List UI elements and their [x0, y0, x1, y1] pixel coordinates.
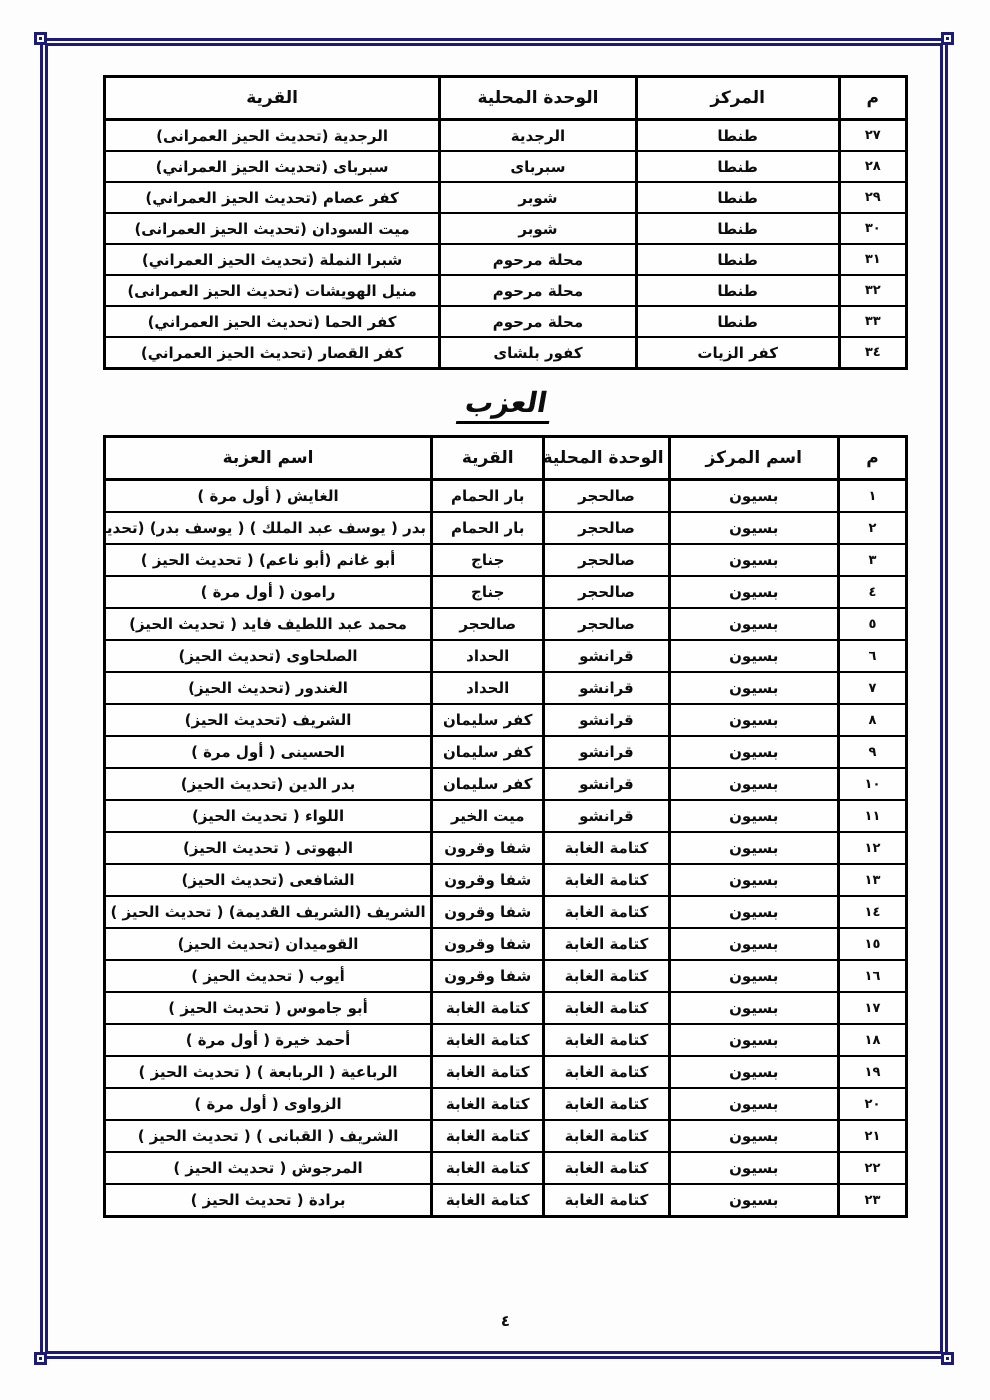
- cell-center: بسيون: [669, 1056, 838, 1088]
- cell-unit: صالحجر: [544, 480, 669, 513]
- col-header-number: م: [838, 437, 906, 480]
- cell-no: ٧: [838, 672, 906, 704]
- table-row: ٢٩طنطاشوبركفر عصام (تحديث الحيز العمراني…: [105, 182, 907, 213]
- cell-unit: كتامة الغابة: [544, 832, 669, 864]
- cell-no: ٢: [838, 512, 906, 544]
- hamlets-table-body: ١بسيونصالحجربار الحمامالغايش ( أول مرة )…: [105, 480, 907, 1217]
- cell-center: بسيون: [669, 576, 838, 608]
- table-row: ٣١طنطامحلة مرحومشبرا النملة (تحديث الحيز…: [105, 244, 907, 275]
- cell-unit: محلة مرحوم: [440, 275, 637, 306]
- cell-village: كتامة الغابة: [432, 1088, 544, 1120]
- cell-unit: محلة مرحوم: [440, 306, 637, 337]
- cell-unit: كتامة الغابة: [544, 1152, 669, 1184]
- table-row: ٧بسيونقرانشوالحدادالغندور (تحديث الحيز): [105, 672, 907, 704]
- villages-table-body: ٢٧طنطاالرجديةالرجدية (تحديث الحيز العمرا…: [105, 120, 907, 369]
- cell-center: بسيون: [669, 1088, 838, 1120]
- hamlets-table: م اسم المركز الوحدة المحلية القرية اسم ا…: [103, 435, 908, 1218]
- table-row: ٨بسيونقرانشوكفر سليمانالشريف (تحديث الحي…: [105, 704, 907, 736]
- cell-village: صالحجر: [432, 608, 544, 640]
- section-title-wrap: العزب: [103, 388, 908, 424]
- cell-village: سبرباى (تحديث الحيز العمراني): [105, 151, 440, 182]
- cell-hamlet: بدر الدين (تحديث الحيز): [105, 768, 432, 800]
- cell-hamlet: القوميدان (تحديث الحيز): [105, 928, 432, 960]
- cell-no: ١٨: [838, 1024, 906, 1056]
- cell-center: بسيون: [669, 992, 838, 1024]
- cell-hamlet: الصلحاوى (تحديث الحيز): [105, 640, 432, 672]
- cell-no: ٢٩: [839, 182, 906, 213]
- cell-unit: الرجدية: [440, 120, 637, 152]
- cell-hamlet: الحسينى ( أول مرة ): [105, 736, 432, 768]
- cell-hamlet: الشريف ( القبانى ) ( تحديث الحيز ): [105, 1120, 432, 1152]
- villages-table: م المركز الوحدة المحلية القرية ٢٧طنطاالر…: [103, 75, 908, 370]
- cell-center: بسيون: [669, 512, 838, 544]
- cell-unit: كتامة الغابة: [544, 1088, 669, 1120]
- cell-center: طنطا: [636, 213, 839, 244]
- cell-center: بسيون: [669, 800, 838, 832]
- cell-village: كتامة الغابة: [432, 1024, 544, 1056]
- cell-center: بسيون: [669, 832, 838, 864]
- border-corner-ornament: [941, 32, 954, 45]
- cell-unit: شوبر: [440, 182, 637, 213]
- cell-village: كفر سليمان: [432, 768, 544, 800]
- col-header-local-unit: الوحدة المحلية: [544, 437, 669, 480]
- cell-no: ١٧: [838, 992, 906, 1024]
- table-row: ٢٠بسيونكتامة الغابةكتامة الغابةالزواوى (…: [105, 1088, 907, 1120]
- cell-unit: صالحجر: [544, 544, 669, 576]
- cell-no: ٢٣: [838, 1184, 906, 1217]
- cell-unit: صالحجر: [544, 576, 669, 608]
- cell-no: ٩: [838, 736, 906, 768]
- cell-hamlet: الغندور (تحديث الحيز): [105, 672, 432, 704]
- cell-hamlet: أبو غانم (أبو ناعم) ( تحديث الحيز ): [105, 544, 432, 576]
- cell-no: ٢٨: [839, 151, 906, 182]
- cell-village: ميت الخير: [432, 800, 544, 832]
- cell-no: ٣٢: [839, 275, 906, 306]
- cell-unit: قرانشو: [544, 800, 669, 832]
- cell-center: بسيون: [669, 1120, 838, 1152]
- cell-no: ٢١: [838, 1120, 906, 1152]
- cell-center: بسيون: [669, 864, 838, 896]
- cell-village: كتامة الغابة: [432, 992, 544, 1024]
- cell-no: ١٠: [838, 768, 906, 800]
- cell-no: ١: [838, 480, 906, 513]
- header-row: م المركز الوحدة المحلية القرية: [105, 77, 907, 120]
- cell-no: ٤: [838, 576, 906, 608]
- cell-center: بسيون: [669, 640, 838, 672]
- cell-hamlet: أبو جاموس ( تحديث الحيز ): [105, 992, 432, 1024]
- cell-village: كفر الحما (تحديث الحيز العمراني): [105, 306, 440, 337]
- cell-no: ٢٢: [838, 1152, 906, 1184]
- cell-no: ٣٤: [839, 337, 906, 369]
- cell-village: كتامة الغابة: [432, 1056, 544, 1088]
- cell-center: بسيون: [669, 1184, 838, 1217]
- cell-hamlet: الرباعية ( الربابعة ) ( تحديث الحيز ): [105, 1056, 432, 1088]
- cell-center: بسيون: [669, 672, 838, 704]
- table-row: ٣بسيونصالحجرجناجأبو غانم (أبو ناعم) ( تح…: [105, 544, 907, 576]
- table-row: ١٤بسيونكتامة الغابةشفا وقرونالشريف (الشر…: [105, 896, 907, 928]
- cell-center: بسيون: [669, 704, 838, 736]
- cell-no: ٣١: [839, 244, 906, 275]
- border-corner-ornament: [34, 1352, 47, 1365]
- cell-village: كفر سليمان: [432, 704, 544, 736]
- cell-village: شفا وقرون: [432, 928, 544, 960]
- col-header-local-unit: الوحدة المحلية: [440, 77, 637, 120]
- col-header-village: القرية: [432, 437, 544, 480]
- cell-center: بسيون: [669, 608, 838, 640]
- cell-hamlet: الشافعى (تحديث الحيز): [105, 864, 432, 896]
- cell-village: منيل الهويشات (تحديث الحيز العمرانى): [105, 275, 440, 306]
- page-number: ٤: [103, 1312, 908, 1330]
- cell-unit: قرانشو: [544, 704, 669, 736]
- cell-center: طنطا: [636, 306, 839, 337]
- cell-no: ٦: [838, 640, 906, 672]
- table-row: ٩بسيونقرانشوكفر سليمانالحسينى ( أول مرة …: [105, 736, 907, 768]
- cell-village: بار الحمام: [432, 480, 544, 513]
- cell-unit: قرانشو: [544, 640, 669, 672]
- border-corner-ornament: [34, 32, 47, 45]
- table-row: ١بسيونصالحجربار الحمامالغايش ( أول مرة ): [105, 480, 907, 513]
- table-row: ١٢بسيونكتامة الغابةشفا وقرونالبهوتى ( تح…: [105, 832, 907, 864]
- cell-no: ١٦: [838, 960, 906, 992]
- cell-no: ٢٠: [838, 1088, 906, 1120]
- cell-unit: قرانشو: [544, 672, 669, 704]
- cell-village: شفا وقرون: [432, 896, 544, 928]
- cell-village: كفر عصام (تحديث الحيز العمراني): [105, 182, 440, 213]
- table-row: ١٣بسيونكتامة الغابةشفا وقرونالشافعى (تحد…: [105, 864, 907, 896]
- table-row: ٥بسيونصالحجرصالحجرمحمد عبد اللطيف فايد (…: [105, 608, 907, 640]
- cell-hamlet: البهوتى ( تحديث الحيز): [105, 832, 432, 864]
- cell-unit: كتامة الغابة: [544, 1056, 669, 1088]
- cell-village: كتامة الغابة: [432, 1120, 544, 1152]
- cell-no: ١٣: [838, 864, 906, 896]
- cell-village: شفا وقرون: [432, 960, 544, 992]
- cell-village: جناج: [432, 576, 544, 608]
- table-row: ٢٨طنطاسبرباىسبرباى (تحديث الحيز العمراني…: [105, 151, 907, 182]
- cell-center: بسيون: [669, 544, 838, 576]
- cell-village: الحداد: [432, 640, 544, 672]
- cell-unit: صالحجر: [544, 512, 669, 544]
- cell-no: ٨: [838, 704, 906, 736]
- table-row: ٢٣بسيونكتامة الغابةكتامة الغابةبرادة ( ت…: [105, 1184, 907, 1217]
- cell-center: بسيون: [669, 1024, 838, 1056]
- cell-village: الحداد: [432, 672, 544, 704]
- table-row: ١٠بسيونقرانشوكفر سليمانبدر الدين (تحديث …: [105, 768, 907, 800]
- cell-hamlet: رامون ( أول مرة ): [105, 576, 432, 608]
- cell-village: ميت السودان (تحديث الحيز العمرانى): [105, 213, 440, 244]
- cell-unit: قرانشو: [544, 768, 669, 800]
- table-row: ٢١بسيونكتامة الغابةكتامة الغابةالشريف ( …: [105, 1120, 907, 1152]
- cell-center: بسيون: [669, 960, 838, 992]
- cell-hamlet: الغايش ( أول مرة ): [105, 480, 432, 513]
- cell-center: بسيون: [669, 1152, 838, 1184]
- cell-center: بسيون: [669, 928, 838, 960]
- cell-village: كتامة الغابة: [432, 1152, 544, 1184]
- cell-center: بسيون: [669, 768, 838, 800]
- cell-no: ٢٧: [839, 120, 906, 152]
- cell-hamlet: برادة ( تحديث الحيز ): [105, 1184, 432, 1217]
- cell-no: ١٥: [838, 928, 906, 960]
- cell-no: ٥: [838, 608, 906, 640]
- table-row: ٢٧طنطاالرجديةالرجدية (تحديث الحيز العمرا…: [105, 120, 907, 152]
- cell-unit: كتامة الغابة: [544, 864, 669, 896]
- table-row: ١١بسيونقرانشوميت الخيراللواء ( تحديث الح…: [105, 800, 907, 832]
- table-row: ٢٢بسيونكتامة الغابةكتامة الغابةالمرجوش (…: [105, 1152, 907, 1184]
- cell-village: الرجدية (تحديث الحيز العمرانى): [105, 120, 440, 152]
- table-row: ١٥بسيونكتامة الغابةشفا وقرونالقوميدان (ت…: [105, 928, 907, 960]
- cell-center: بسيون: [669, 896, 838, 928]
- table-row: ١٦بسيونكتامة الغابةشفا وقرونأيوب ( تحديث…: [105, 960, 907, 992]
- cell-center: طنطا: [636, 151, 839, 182]
- cell-center: طنطا: [636, 120, 839, 152]
- cell-hamlet: أحمد خيرة ( أول مرة ): [105, 1024, 432, 1056]
- cell-unit: صالحجر: [544, 608, 669, 640]
- cell-unit: شوبر: [440, 213, 637, 244]
- cell-village: كفر سليمان: [432, 736, 544, 768]
- cell-center: بسيون: [669, 736, 838, 768]
- hamlets-table-header: م اسم المركز الوحدة المحلية القرية اسم ا…: [105, 437, 907, 480]
- table-row: ٦بسيونقرانشوالحدادالصلحاوى (تحديث الحيز): [105, 640, 907, 672]
- cell-village: شفا وقرون: [432, 832, 544, 864]
- cell-no: ١٢: [838, 832, 906, 864]
- cell-hamlet: الشريف (تحديث الحيز): [105, 704, 432, 736]
- cell-hamlet: بدر ( يوسف عبد الملك ) ( يوسف بدر) (تحدي…: [105, 512, 432, 544]
- cell-center: كفر الزيات: [636, 337, 839, 369]
- cell-hamlet: محمد عبد اللطيف فايد ( تحديث الحيز): [105, 608, 432, 640]
- villages-table-header: م المركز الوحدة المحلية القرية: [105, 77, 907, 120]
- table-row: ١٨بسيونكتامة الغابةكتامة الغابةأحمد خيرة…: [105, 1024, 907, 1056]
- cell-unit: كفور بلشاى: [440, 337, 637, 369]
- cell-unit: كتامة الغابة: [544, 896, 669, 928]
- cell-center: طنطا: [636, 275, 839, 306]
- cell-hamlet: المرجوش ( تحديث الحيز ): [105, 1152, 432, 1184]
- col-header-number: م: [839, 77, 906, 120]
- cell-unit: كتامة الغابة: [544, 1184, 669, 1217]
- table-row: ١٩بسيونكتامة الغابةكتامة الغابةالرباعية …: [105, 1056, 907, 1088]
- col-header-village: القرية: [105, 77, 440, 120]
- cell-unit: قرانشو: [544, 736, 669, 768]
- section-title-hamlets: العزب: [456, 388, 556, 424]
- cell-hamlet: الزواوى ( أول مرة ): [105, 1088, 432, 1120]
- table-row: ٣٤كفر الزياتكفور بلشاىكفر القصار (تحديث …: [105, 337, 907, 369]
- cell-hamlet: اللواء ( تحديث الحيز): [105, 800, 432, 832]
- cell-no: ١٩: [838, 1056, 906, 1088]
- col-header-hamlet-name: اسم العزبة: [105, 437, 432, 480]
- cell-no: ١١: [838, 800, 906, 832]
- table-row: ١٧بسيونكتامة الغابةكتامة الغابةأبو جاموس…: [105, 992, 907, 1024]
- cell-unit: سبرباى: [440, 151, 637, 182]
- cell-village: كفر القصار (تحديث الحيز العمراني): [105, 337, 440, 369]
- cell-unit: كتامة الغابة: [544, 960, 669, 992]
- table-row: ٣٢طنطامحلة مرحوممنيل الهويشات (تحديث الح…: [105, 275, 907, 306]
- cell-hamlet: أيوب ( تحديث الحيز ): [105, 960, 432, 992]
- cell-village: جناج: [432, 544, 544, 576]
- table-row: ٢بسيونصالحجربار الحمامبدر ( يوسف عبد الم…: [105, 512, 907, 544]
- cell-center: طنطا: [636, 244, 839, 275]
- cell-no: ٣: [838, 544, 906, 576]
- cell-village: كتامة الغابة: [432, 1184, 544, 1217]
- cell-village: شبرا النملة (تحديث الحيز العمراني): [105, 244, 440, 275]
- cell-unit: كتامة الغابة: [544, 992, 669, 1024]
- cell-village: شفا وقرون: [432, 864, 544, 896]
- border-corner-ornament: [941, 1352, 954, 1365]
- cell-no: ١٤: [838, 896, 906, 928]
- cell-no: ٣٠: [839, 213, 906, 244]
- cell-unit: محلة مرحوم: [440, 244, 637, 275]
- table-row: ٣٠طنطاشوبرميت السودان (تحديث الحيز العمر…: [105, 213, 907, 244]
- cell-no: ٣٣: [839, 306, 906, 337]
- cell-unit: كتامة الغابة: [544, 1024, 669, 1056]
- cell-hamlet: الشريف (الشريف القديمة) ( تحديث الحيز ): [105, 896, 432, 928]
- table-row: ٤بسيونصالحجرجناجرامون ( أول مرة ): [105, 576, 907, 608]
- table-row: ٣٣طنطامحلة مرحومكفر الحما (تحديث الحيز ا…: [105, 306, 907, 337]
- cell-center: بسيون: [669, 480, 838, 513]
- cell-village: بار الحمام: [432, 512, 544, 544]
- cell-center: طنطا: [636, 182, 839, 213]
- col-header-center: المركز: [636, 77, 839, 120]
- cell-unit: كتامة الغابة: [544, 1120, 669, 1152]
- header-row: م اسم المركز الوحدة المحلية القرية اسم ا…: [105, 437, 907, 480]
- cell-unit: كتامة الغابة: [544, 928, 669, 960]
- col-header-center-name: اسم المركز: [669, 437, 838, 480]
